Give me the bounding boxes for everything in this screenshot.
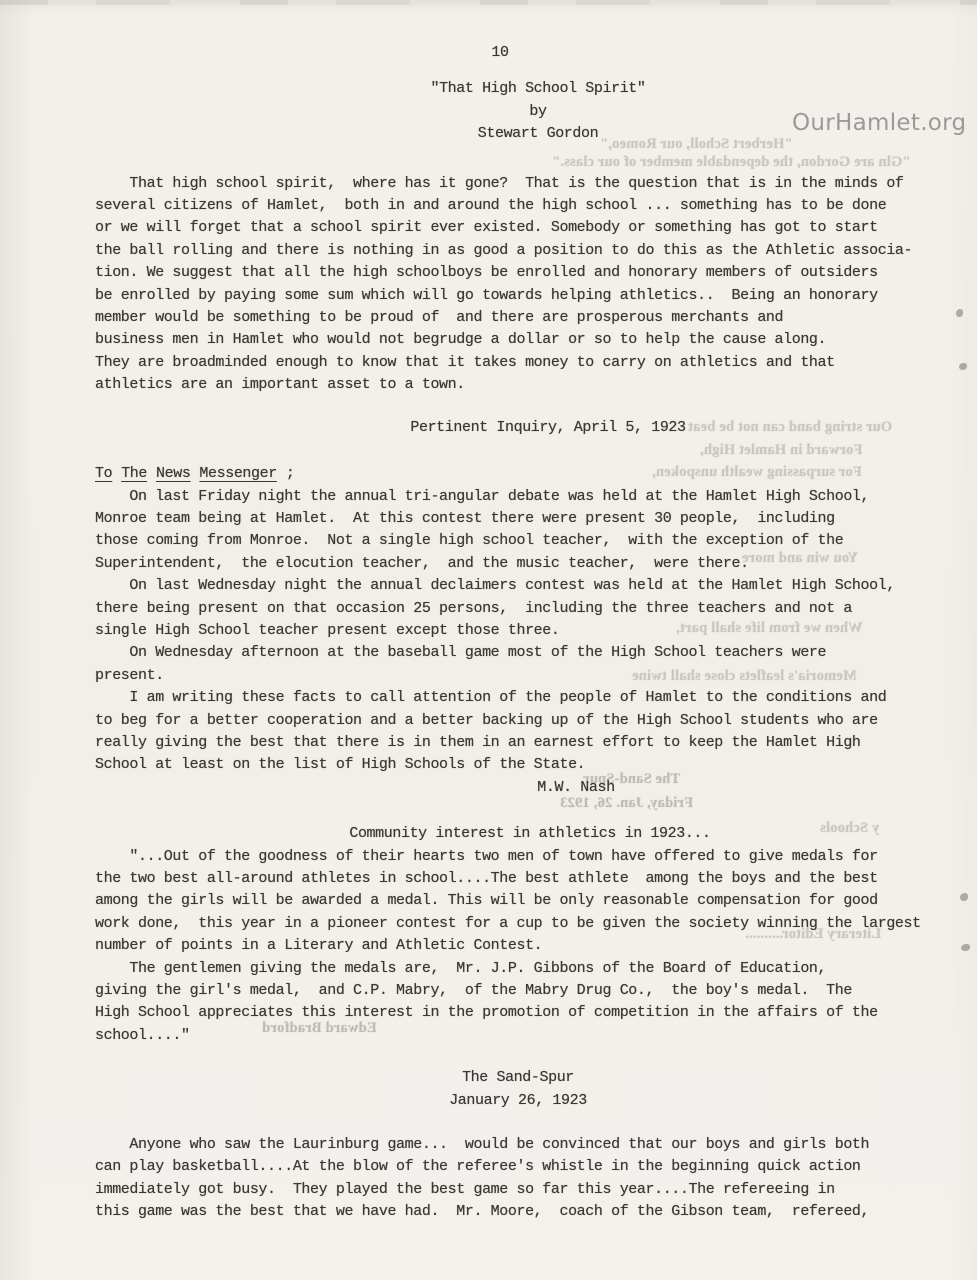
paragraph-high-school-spirit: That high school spirit, where has it go… <box>95 173 965 397</box>
salutation: ToTheNewsMessenger; <box>95 463 965 485</box>
section-heading-sand-spur: The Sand-Spur <box>83 1067 953 1089</box>
author: Stewart Gordon <box>103 123 973 145</box>
salutation-word: To <box>95 465 112 482</box>
paragraph-laurinburg-game: Anyone who saw the Laurinburg game... wo… <box>95 1134 965 1224</box>
paragraph-letter-body: On last Friday night the annual tri-angu… <box>95 486 965 777</box>
section-heading-community-interest: Community interest in athletics in 1923.… <box>95 823 965 845</box>
scan-speck <box>960 893 968 901</box>
scanned-document-page: "Herbert Scholl, our Romeo," "Gln are Go… <box>0 0 977 1280</box>
scan-speck <box>959 363 967 370</box>
section-heading-pertinent-inquiry: Pertinent Inquiry, April 5, 1923 <box>113 417 977 439</box>
scan-speck <box>961 944 970 951</box>
section-date: January 26, 1923 <box>83 1090 953 1112</box>
paragraph-medals: "...Out of the goodness of their hearts … <box>95 846 965 1048</box>
byline: by <box>103 101 973 123</box>
page-number: 10 <box>65 42 935 64</box>
salutation-punctuation: ; <box>286 465 295 482</box>
salutation-word: Messenger <box>199 465 276 482</box>
document-content: 10 "That High School Spirit" by Stewart … <box>95 0 965 1224</box>
salutation-word: The <box>121 465 147 482</box>
title-block: "That High School Spirit" by Stewart Gor… <box>103 78 973 145</box>
salutation-word: News <box>156 465 190 482</box>
signature: M.W. Nash <box>141 777 977 799</box>
article-title: "That High School Spirit" <box>103 78 973 100</box>
scan-speck <box>956 309 963 317</box>
sandspur-heading-block: The Sand-Spur January 26, 1923 <box>83 1067 953 1112</box>
